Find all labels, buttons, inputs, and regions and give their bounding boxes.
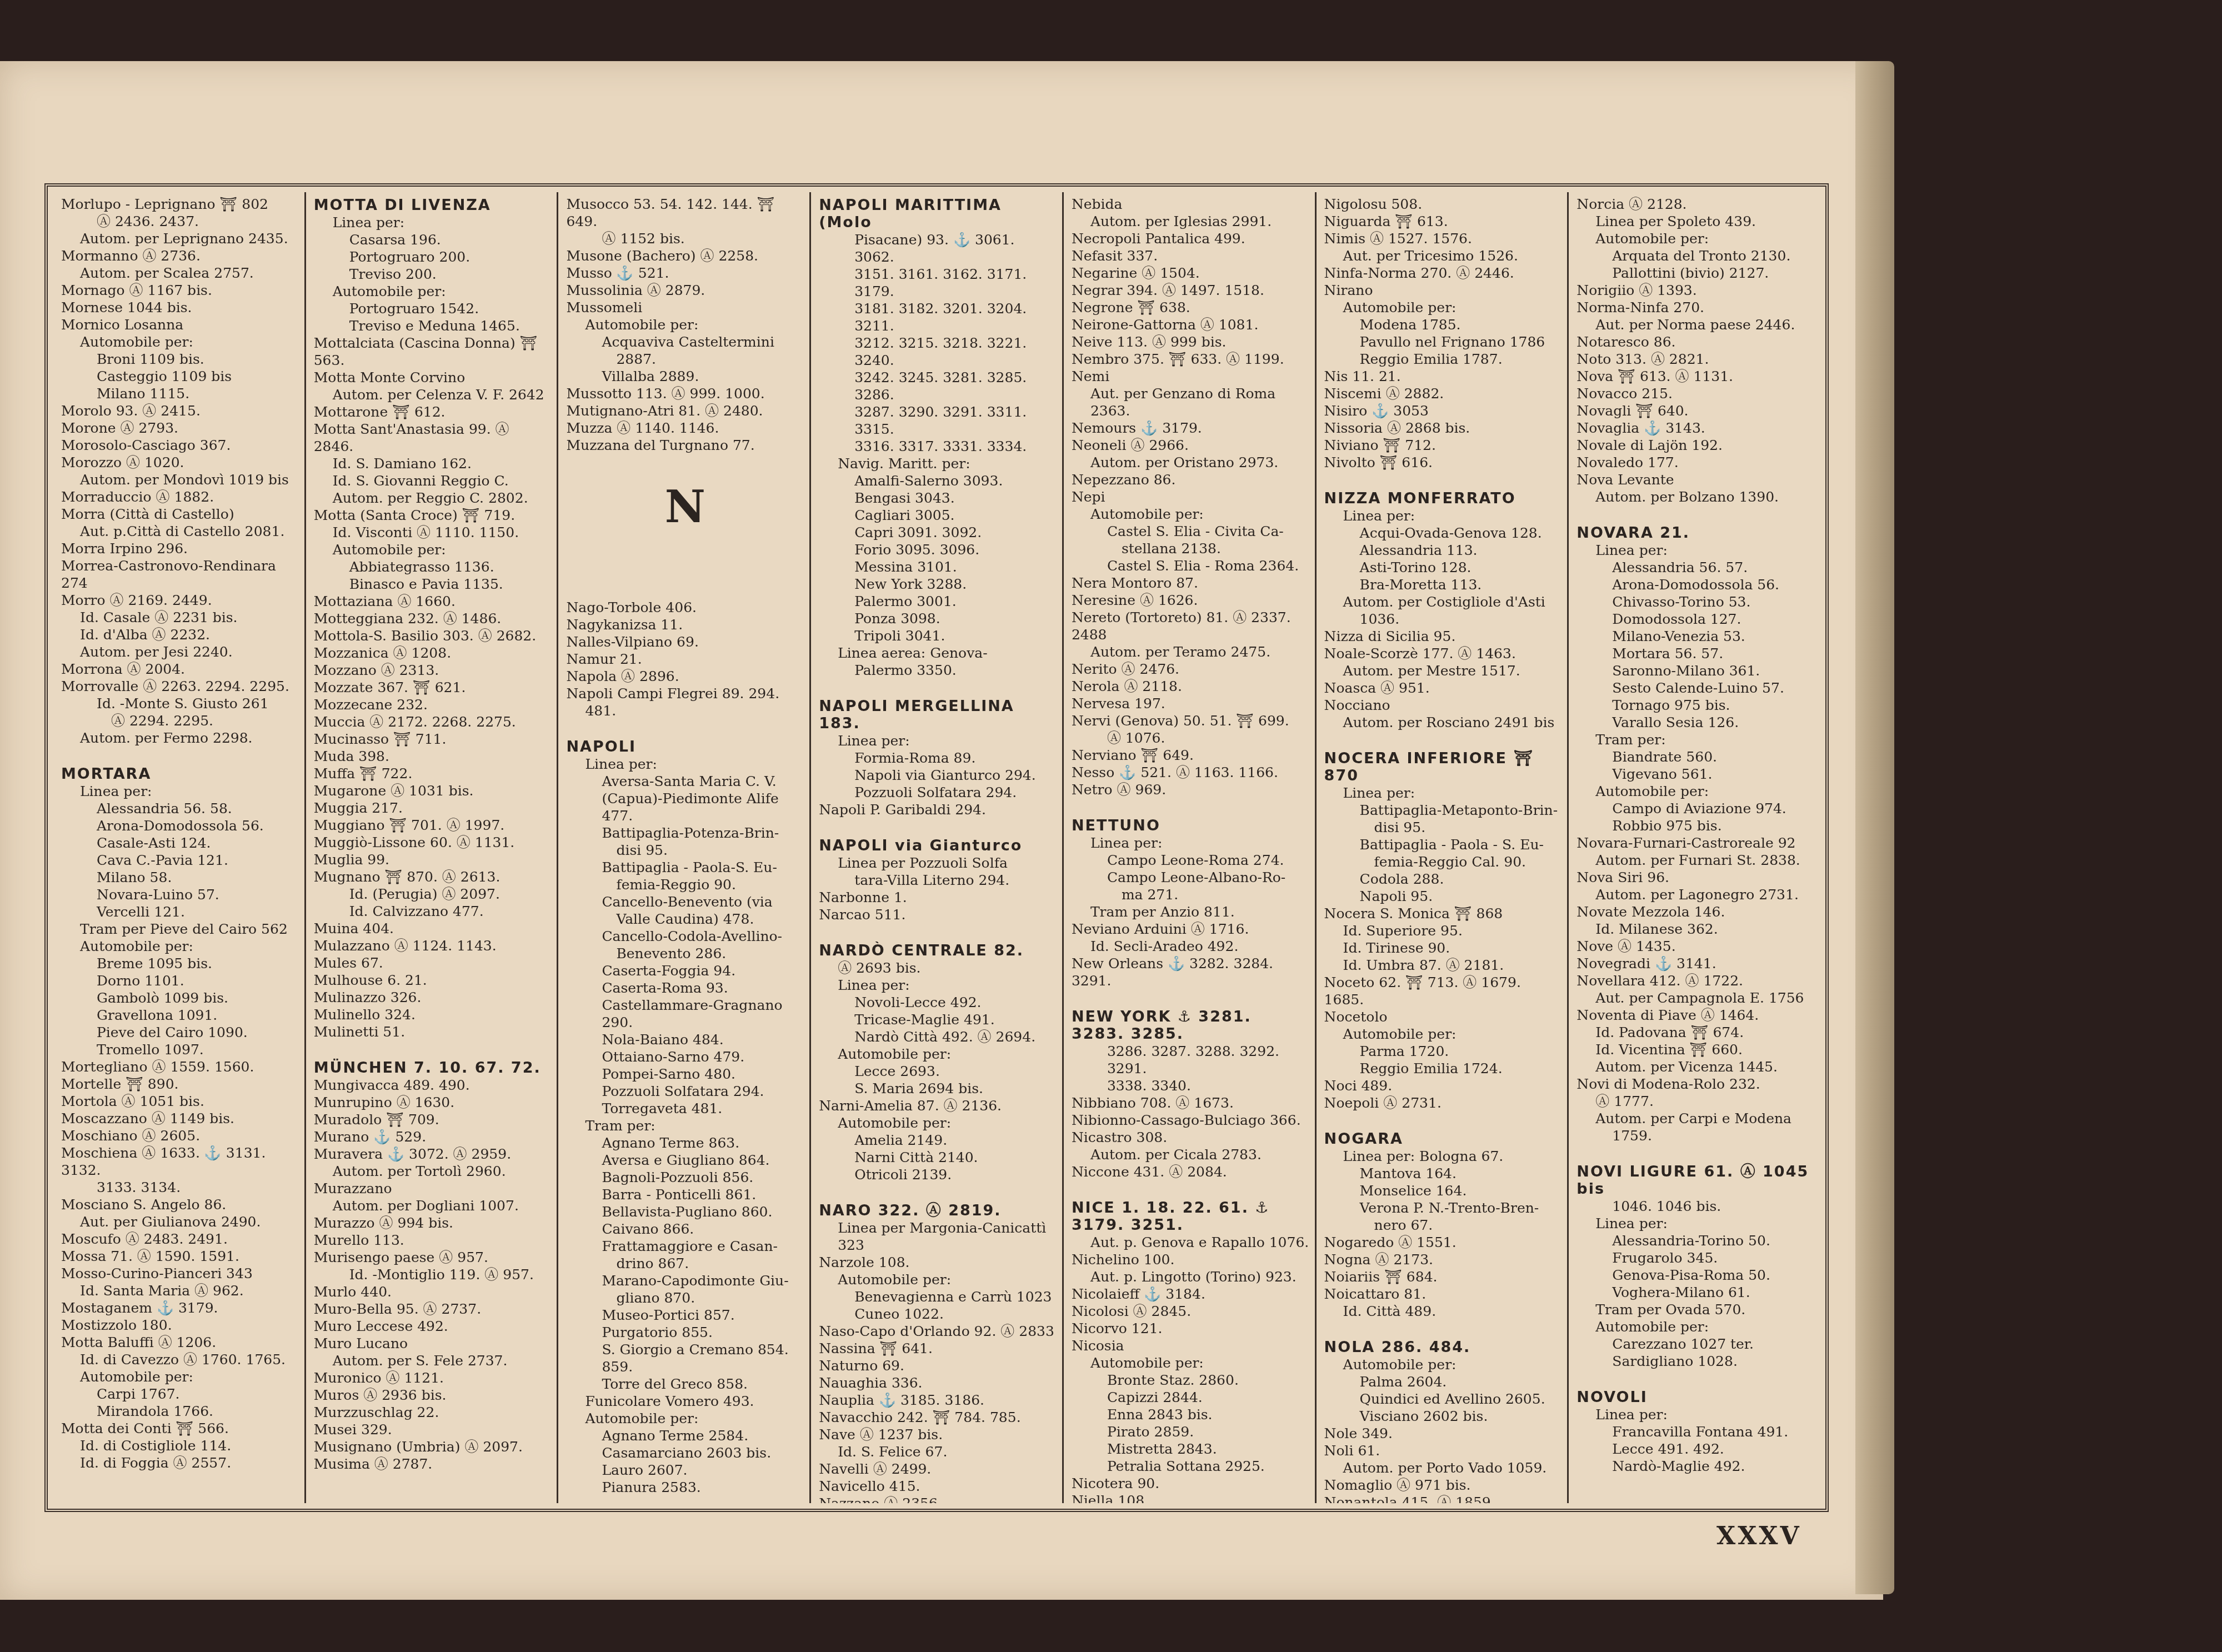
index-entry: Vigevano 561. bbox=[1577, 765, 1814, 783]
index-entry: Navicello 415. bbox=[819, 1478, 1057, 1495]
index-entry: Cagliari 3005. bbox=[819, 507, 1057, 524]
index-entry: Murisengo paese Ⓐ 957. bbox=[314, 1249, 552, 1266]
index-entry: Lecce 491. 492. bbox=[1577, 1440, 1814, 1458]
index-entry: Lecce 2693. bbox=[819, 1063, 1057, 1080]
section-heading: MÜNCHEN 7. 10. 67. 72. bbox=[314, 1059, 552, 1077]
index-entry: Mortelle ⛩ 890. bbox=[61, 1075, 299, 1093]
index-table-frame: Morlupo - Leprignano ⛩ 802Ⓐ 2436. 2437.A… bbox=[44, 183, 1829, 1512]
index-entry: Treviso 200. bbox=[314, 266, 552, 283]
index-entry: S. Maria 2694 bis. bbox=[819, 1080, 1057, 1097]
index-entry: 1036. bbox=[1324, 610, 1562, 628]
index-entry: Nagykanizsa 11. bbox=[566, 616, 804, 633]
index-entry: Nibbiano 708. Ⓐ 1673. bbox=[1072, 1094, 1309, 1112]
index-entry: Narni Città 2140. bbox=[819, 1149, 1057, 1166]
index-entry: Netro Ⓐ 969. bbox=[1072, 781, 1309, 798]
index-entry: Linea per: bbox=[61, 783, 299, 800]
index-entry: Nago-Torbole 406. bbox=[566, 599, 804, 616]
index-entry: Autom. per Mestre 1517. bbox=[1324, 662, 1562, 679]
index-entry: Mussomeli bbox=[566, 299, 804, 316]
section-heading: NAPOLI via Gianturco bbox=[819, 837, 1057, 854]
index-entry: Autom. per Fermo 2298. bbox=[61, 729, 299, 747]
index-entry: Nova Levante bbox=[1577, 471, 1814, 488]
index-entry: Id. Padovana ⛩ 674. bbox=[1577, 1024, 1814, 1041]
index-entry: Muggia 217. bbox=[314, 799, 552, 817]
index-entry: Motta Monte Corvino bbox=[314, 369, 552, 386]
index-entry: Portogruaro 200. bbox=[314, 248, 552, 266]
index-entry: Nova ⛩ 613. Ⓐ 1131. bbox=[1577, 368, 1814, 385]
index-entry: Valle Caudina) 478. bbox=[566, 910, 804, 928]
section-heading: NARO 322. Ⓐ 2819. bbox=[819, 1202, 1057, 1219]
index-entry: Morrona Ⓐ 2004. bbox=[61, 660, 299, 678]
index-entry: Nicastro 308. bbox=[1072, 1129, 1309, 1146]
index-entry: Nembro 375. ⛩ 633. Ⓐ 1199. bbox=[1072, 351, 1309, 368]
index-entry: Automobile per: bbox=[1577, 230, 1814, 247]
index-entry: Autom. per Leprignano 2435. bbox=[61, 230, 299, 247]
index-entry: Bengasi 3043. bbox=[819, 489, 1057, 507]
index-entry: Id. d'Alba Ⓐ 2232. bbox=[61, 626, 299, 643]
index-entry: Nemi bbox=[1072, 368, 1309, 385]
index-entry: Mulinazzo 326. bbox=[314, 989, 552, 1006]
index-entry: Neresine Ⓐ 1626. bbox=[1072, 592, 1309, 609]
index-entry: Biandrate 560. bbox=[1577, 748, 1814, 765]
index-entry: Benevento 286. bbox=[566, 945, 804, 962]
index-entry: Narzole 108. bbox=[819, 1254, 1057, 1271]
index-entry: Dorno 1101. bbox=[61, 972, 299, 989]
book-page: Morlupo - Leprignano ⛩ 802Ⓐ 2436. 2437.A… bbox=[0, 61, 1883, 1600]
index-entry: Casamarciano 2603 bis. bbox=[566, 1444, 804, 1461]
index-entry: Bronte Staz. 2860. bbox=[1072, 1371, 1309, 1389]
index-entry: Nola-Baiano 484. bbox=[566, 1031, 804, 1048]
index-entry: Mantova 164. bbox=[1324, 1165, 1562, 1182]
index-entry: Alessandria 113. bbox=[1324, 542, 1562, 559]
index-entry: Muro Leccese 492. bbox=[314, 1318, 552, 1335]
index-entry: Ⓐ 1076. bbox=[1072, 729, 1309, 747]
index-entry: Negrar 394. Ⓐ 1497. 1518. bbox=[1072, 282, 1309, 299]
index-entry: Morlupo - Leprignano ⛩ 802 bbox=[61, 196, 299, 213]
index-entry: Muradolo ⛩ 709. bbox=[314, 1111, 552, 1128]
index-column-4: NAPOLI MARITTIMA (MoloPisacane) 93. ⚓ 30… bbox=[811, 192, 1064, 1503]
index-entry: Murazzano bbox=[314, 1180, 552, 1197]
index-entry: Moscufo Ⓐ 2483. 2491. bbox=[61, 1230, 299, 1248]
index-entry: Campo Leone-Roma 274. bbox=[1072, 852, 1309, 869]
index-entry: Nogaredo Ⓐ 1551. bbox=[1324, 1234, 1562, 1251]
index-entry: Mossa 71. Ⓐ 1590. 1591. bbox=[61, 1248, 299, 1265]
index-entry: Id. Superiore 95. bbox=[1324, 922, 1562, 939]
index-entry: Automobile per: bbox=[819, 1114, 1057, 1132]
index-entry: Nepezzano 86. bbox=[1072, 471, 1309, 488]
index-entry: Muronico Ⓐ 1121. bbox=[314, 1369, 552, 1386]
index-entry: Id. S. Felice 67. bbox=[819, 1443, 1057, 1460]
index-entry: Nivolto ⛩ 616. bbox=[1324, 454, 1562, 471]
section-heading: NIZZA MONFERRATO bbox=[1324, 490, 1562, 507]
index-entry: Nisiro ⚓ 3053 bbox=[1324, 402, 1562, 419]
index-entry: Noale-Scorzè 177. Ⓐ 1463. bbox=[1324, 645, 1562, 662]
index-entry: Muzzana del Turgnano 77. bbox=[566, 437, 804, 454]
index-entry: Munrupino Ⓐ 1630. bbox=[314, 1094, 552, 1111]
section-heading: MORTARA bbox=[61, 765, 299, 783]
index-entry: Nigolosu 508. bbox=[1324, 196, 1562, 213]
index-entry: Mosso-Curino-Pianceri 343 bbox=[61, 1265, 299, 1282]
index-entry: Automobile per: bbox=[819, 1271, 1057, 1288]
index-entry: Parma 1720. bbox=[1324, 1043, 1562, 1060]
index-entry: Tram per Anzio 811. bbox=[1072, 903, 1309, 920]
index-entry: Id. -Montiglio 119. Ⓐ 957. bbox=[314, 1266, 552, 1283]
index-entry: Navelli Ⓐ 2499. bbox=[819, 1460, 1057, 1478]
index-entry: Aversa-Santa Maria C. V. bbox=[566, 773, 804, 790]
index-entry: Niscemi Ⓐ 2882. bbox=[1324, 385, 1562, 402]
index-entry: Alessandria-Torino 50. bbox=[1577, 1232, 1814, 1249]
index-entry: Saronno-Milano 361. bbox=[1577, 662, 1814, 679]
index-entry: Nove Ⓐ 1435. bbox=[1577, 938, 1814, 955]
index-entry: Morozzo Ⓐ 1020. bbox=[61, 454, 299, 471]
index-entry: Nicotera 90. bbox=[1072, 1475, 1309, 1492]
index-entry: Automobile per: bbox=[61, 938, 299, 955]
index-entry: Nis 11. 21. bbox=[1324, 368, 1562, 385]
index-entry: 3242. 3245. 3281. 3285. 3286. bbox=[819, 369, 1057, 403]
index-entry: Varallo Sesia 126. bbox=[1577, 714, 1814, 731]
index-entry: Muro Lucano bbox=[314, 1335, 552, 1352]
index-entry: Norcia Ⓐ 2128. bbox=[1577, 196, 1814, 213]
index-entry: Agnano Terme 2584. bbox=[566, 1427, 804, 1444]
index-entry: Ninfa-Norma 270. Ⓐ 2446. bbox=[1324, 264, 1562, 282]
index-entry: Robbio 975 bis. bbox=[1577, 817, 1814, 834]
index-entry: Novate Mezzola 146. bbox=[1577, 903, 1814, 920]
index-entry: Automobile per: bbox=[314, 283, 552, 300]
index-entry: Linea aerea: Genova- bbox=[819, 644, 1057, 662]
index-entry: Linea per: bbox=[1577, 542, 1814, 559]
index-entry: Morosolo-Casciago 367. bbox=[61, 437, 299, 454]
index-entry: Aut. per Giulianova 2490. bbox=[61, 1213, 299, 1230]
index-entry: Morro Ⓐ 2169. 2449. bbox=[61, 592, 299, 609]
index-entry: Autom. per Furnari St. 2838. bbox=[1577, 852, 1814, 869]
index-entry: Aut. p. Genova e Rapallo 1076. bbox=[1072, 1234, 1309, 1251]
index-entry: Milano-Venezia 53. bbox=[1577, 628, 1814, 645]
index-entry: Mottarone ⛩ 612. bbox=[314, 403, 552, 420]
index-entry: Ⓐ 2436. 2437. bbox=[61, 213, 299, 230]
index-entry: Muro-Bella 95. Ⓐ 2737. bbox=[314, 1300, 552, 1318]
index-entry: Ponza 3098. bbox=[819, 610, 1057, 627]
index-entry: Nizza di Sicilia 95. bbox=[1324, 628, 1562, 645]
index-entry: Nepi bbox=[1072, 488, 1309, 505]
index-entry: Otricoli 2139. bbox=[819, 1166, 1057, 1183]
index-entry: Mulazzano Ⓐ 1124. 1143. bbox=[314, 937, 552, 954]
index-entry: Palermo 3001. bbox=[819, 593, 1057, 610]
index-entry: Autom. per Costigliole d'Asti bbox=[1324, 593, 1562, 610]
index-entry: Automobile per: bbox=[566, 1410, 804, 1427]
index-entry: Monselice 164. bbox=[1324, 1182, 1562, 1199]
index-entry: Aut. per Campagnola E. 1756 bbox=[1577, 989, 1814, 1007]
index-entry: Mulhouse 6. 21. bbox=[314, 972, 552, 989]
index-entry: Chivasso-Torino 53. bbox=[1577, 593, 1814, 610]
index-entry: Nichelino 100. bbox=[1072, 1251, 1309, 1268]
index-entry: Autom. per Tortolì 2960. bbox=[314, 1163, 552, 1180]
index-entry: Torre del Greco 858. bbox=[566, 1375, 804, 1393]
index-entry: Mozzate 367. ⛩ 621. bbox=[314, 679, 552, 696]
index-entry: Linea per: bbox=[1324, 784, 1562, 802]
index-entry: Id. Santa Maria Ⓐ 962. bbox=[61, 1282, 299, 1299]
index-entry: Noceto 62. ⛩ 713. Ⓐ 1679. 1685. bbox=[1324, 974, 1562, 1008]
index-entry: Nicosia bbox=[1072, 1337, 1309, 1354]
index-column-6: Nigolosu 508.Niguarda ⛩ 613.Nimis Ⓐ 1527… bbox=[1317, 192, 1569, 1503]
index-entry: Mottola-S. Basilio 303. Ⓐ 2682. bbox=[314, 627, 552, 644]
index-entry: Mutignano-Atri 81. Ⓐ 2480. bbox=[566, 402, 804, 419]
index-entry: Muros Ⓐ 2936 bis. bbox=[314, 1386, 552, 1404]
index-entry: Cancello-Benevento (via bbox=[566, 893, 804, 910]
index-entry: Alessandria 56. 58. bbox=[61, 800, 299, 817]
index-entry: Id. Città 489. bbox=[1324, 1303, 1562, 1320]
index-entry: 2887. bbox=[566, 351, 804, 368]
index-entry: Muravera ⚓ 3072. Ⓐ 2959. bbox=[314, 1145, 552, 1163]
index-entry: Nauplia ⚓ 3185. 3186. bbox=[819, 1391, 1057, 1409]
index-entry: Pallottini (bivio) 2127. bbox=[1577, 264, 1814, 282]
index-entry: Pieve del Cairo 1090. bbox=[61, 1024, 299, 1041]
index-entry: Ⓐ 2294. 2295. bbox=[61, 712, 299, 729]
index-entry: Automobile per: bbox=[61, 1368, 299, 1385]
index-entry: Novara-Furnari-Castroreale 92 bbox=[1577, 834, 1814, 852]
index-entry: Linea per: bbox=[1577, 1406, 1814, 1423]
section-heading: NARDÒ CENTRALE 82. bbox=[819, 942, 1057, 959]
index-entry: Nimis Ⓐ 1527. 1576. bbox=[1324, 230, 1562, 247]
index-entry: Acqui-Ovada-Genova 128. bbox=[1324, 524, 1562, 542]
index-entry: Novegradi ⚓ 3141. bbox=[1577, 955, 1814, 972]
index-entry: Tripoli 3041. bbox=[819, 627, 1057, 644]
section-heading: MOTTA DI LIVENZA bbox=[314, 197, 552, 214]
index-entry: Reggio Emilia 1724. bbox=[1324, 1060, 1562, 1077]
index-entry: Musignano (Umbria) Ⓐ 2097. bbox=[314, 1438, 552, 1455]
index-entry: Muda 398. bbox=[314, 748, 552, 765]
index-entry: Nera Montoro 87. bbox=[1072, 574, 1309, 592]
index-entry: Nocciano bbox=[1324, 697, 1562, 714]
index-entry: Motta (Santa Croce) ⛩ 719. bbox=[314, 507, 552, 524]
index-entry: Niviano ⛩ 712. bbox=[1324, 437, 1562, 454]
index-entry: Pianura 2583. bbox=[566, 1479, 804, 1496]
index-entry: Noiariis ⛩ 684. bbox=[1324, 1268, 1562, 1285]
index-entry: Id. Milanese 362. bbox=[1577, 920, 1814, 938]
index-entry: Castel S. Elia - Roma 2364. bbox=[1072, 557, 1309, 574]
index-entry: Nardò Città 492. Ⓐ 2694. bbox=[819, 1028, 1057, 1045]
index-entry: Marano-Capodimonte Giu- bbox=[566, 1272, 804, 1289]
index-entry: Torregaveta 481. bbox=[566, 1100, 804, 1117]
index-entry: Ottaiano-Sarno 479. bbox=[566, 1048, 804, 1065]
index-entry: Muggiò-Lissone 60. Ⓐ 1131. bbox=[314, 834, 552, 851]
index-entry: Cancello-Codola-Avellino- bbox=[566, 928, 804, 945]
index-entry: Niella 108. bbox=[1072, 1492, 1309, 1503]
index-entry: Novagli ⛩ 640. bbox=[1577, 402, 1814, 419]
section-heading: NAPOLI bbox=[566, 738, 804, 755]
index-entry: Pozzuoli Solfatara 294. bbox=[819, 784, 1057, 801]
index-entry: Nesso ⚓ 521. Ⓐ 1163. 1166. bbox=[1072, 764, 1309, 781]
index-entry: Tornago 975 bis. bbox=[1577, 697, 1814, 714]
index-entry: Automobile per: bbox=[314, 541, 552, 558]
index-entry: Treviso e Meduna 1465. bbox=[314, 317, 552, 334]
index-entry: Murano ⚓ 529. bbox=[314, 1128, 552, 1145]
index-entry: Novi di Modena-Rolo 232. bbox=[1577, 1075, 1814, 1093]
index-entry: Nave Ⓐ 1237 bis. bbox=[819, 1426, 1057, 1443]
index-entry: Musima Ⓐ 2787. bbox=[314, 1455, 552, 1473]
index-entry: Battipaglia - Paola-S. Eu- bbox=[566, 859, 804, 876]
index-entry: disi 95. bbox=[566, 842, 804, 859]
index-entry: Moschiena Ⓐ 1633. ⚓ 3131. 3132. bbox=[61, 1144, 299, 1179]
index-entry: Autom. per Mondovì 1019 bis bbox=[61, 471, 299, 488]
index-entry: Noli 61. bbox=[1324, 1442, 1562, 1459]
index-entry: Autom. per Vicenza 1445. bbox=[1577, 1058, 1814, 1075]
index-entry: Linea per Spoleto 439. bbox=[1577, 213, 1814, 230]
index-entry: Negrone ⛩ 638. bbox=[1072, 299, 1309, 316]
section-heading: N bbox=[566, 498, 804, 515]
index-entry: Casteggio 1109 bis bbox=[61, 368, 299, 385]
index-entry: Quindici ed Avellino 2605. bbox=[1324, 1390, 1562, 1408]
book-page-edges bbox=[1855, 61, 1894, 1594]
index-entry: Autom. per Scalea 2757. bbox=[61, 264, 299, 282]
index-entry: Mulinetti 51. bbox=[314, 1023, 552, 1040]
index-entry: Norma-Ninfa 270. bbox=[1577, 299, 1814, 316]
index-entry: Automobile per: bbox=[1324, 1025, 1562, 1043]
index-entry: Barra - Ponticelli 861. bbox=[566, 1186, 804, 1203]
index-entry: Nocetolo bbox=[1324, 1008, 1562, 1025]
index-entry: Muccia Ⓐ 2172. 2268. 2275. bbox=[314, 713, 552, 730]
index-entry: Mornico Losanna bbox=[61, 316, 299, 333]
index-entry: Mozzano Ⓐ 2313. bbox=[314, 662, 552, 679]
index-entry: Nauaghia 336. bbox=[819, 1374, 1057, 1391]
index-entry: Tram per: bbox=[566, 1117, 804, 1134]
index-entry: Formia-Roma 89. bbox=[819, 749, 1057, 767]
index-column-2: MOTTA DI LIVENZALinea per:Casarsa 196.Po… bbox=[306, 192, 559, 1503]
index-entry: Mugnano ⛩ 870. Ⓐ 2613. bbox=[314, 868, 552, 885]
index-entry: Murlo 440. bbox=[314, 1283, 552, 1300]
index-entry: gliano 870. bbox=[566, 1289, 804, 1306]
index-entry: Mostizzolo 180. bbox=[61, 1316, 299, 1334]
index-entry: Binasco e Pavia 1135. bbox=[314, 575, 552, 593]
index-entry: Campo di Aviazione 974. bbox=[1577, 800, 1814, 817]
index-entry: Aut. p. Lingotto (Torino) 923. bbox=[1072, 1268, 1309, 1285]
index-entry: Villalba 2889. bbox=[566, 368, 804, 385]
index-entry: Frattamaggiore e Casan- bbox=[566, 1238, 804, 1255]
index-entry: Linea per: bbox=[1072, 834, 1309, 852]
index-entry: Mussolinia Ⓐ 2879. bbox=[566, 282, 804, 299]
index-entry: Autom. per Rosciano 2491 bis bbox=[1324, 714, 1562, 731]
index-entry: Motta Baluffi Ⓐ 1206. bbox=[61, 1334, 299, 1351]
index-entry: Linea per: bbox=[1324, 507, 1562, 524]
index-entry: tara-Villa Literno 294. bbox=[819, 872, 1057, 889]
index-entry: Nonantola 415. Ⓐ 1859. bbox=[1324, 1494, 1562, 1503]
index-entry: Nerola Ⓐ 2118. bbox=[1072, 678, 1309, 695]
index-entry: Nomaglio Ⓐ 971 bis. bbox=[1324, 1476, 1562, 1494]
index-entry: Morrea-Castronovo-Rendinara 274 bbox=[61, 557, 299, 592]
index-entry: Notaresco 86. bbox=[1577, 333, 1814, 351]
index-entry: Autom. per Oristano 2973. bbox=[1072, 454, 1309, 471]
index-entry: Tram per Ovada 570. bbox=[1577, 1301, 1814, 1318]
index-entry: 1046. 1046 bis. bbox=[1577, 1198, 1814, 1215]
section-heading: NAPOLI MERGELLINA 183. bbox=[819, 698, 1057, 732]
index-entry: Autom. per Porto Vado 1059. bbox=[1324, 1459, 1562, 1476]
index-entry: Mortegliano Ⓐ 1559. 1560. bbox=[61, 1058, 299, 1075]
index-entry: Automobile per: bbox=[1577, 783, 1814, 800]
index-entry: Campo Leone-Albano-Ro- bbox=[1072, 869, 1309, 886]
index-entry: Id. S. Damiano 162. bbox=[314, 455, 552, 472]
index-entry: Neviano Arduini Ⓐ 1716. bbox=[1072, 920, 1309, 938]
index-entry: 3151. 3161. 3162. 3171. 3179. bbox=[819, 266, 1057, 300]
index-entry: Mistretta 2843. bbox=[1072, 1440, 1309, 1458]
index-entry: Voghera-Milano 61. bbox=[1577, 1284, 1814, 1301]
index-entry: Autom. per Lagonegro 2731. bbox=[1577, 886, 1814, 903]
index-entry: Naturno 69. bbox=[819, 1357, 1057, 1374]
index-entry: Mostaganem ⚓ 3179. bbox=[61, 1299, 299, 1316]
index-entry: Novale di Lajön 192. bbox=[1577, 437, 1814, 454]
index-entry: Capri 3091. 3092. bbox=[819, 524, 1057, 541]
index-entry: Mornese 1044 bis. bbox=[61, 299, 299, 316]
index-entry: Tromello 1097. bbox=[61, 1041, 299, 1058]
index-entry: Abbiategrasso 1136. bbox=[314, 558, 552, 575]
index-entry: Motteggiana 232. Ⓐ 1486. bbox=[314, 610, 552, 627]
index-entry: Nirano bbox=[1324, 282, 1562, 299]
index-entry: Amelia 2149. bbox=[819, 1132, 1057, 1149]
index-entry: Benevagienna e Carrù 1023 bbox=[819, 1288, 1057, 1305]
index-entry: Muggiano ⛩ 701. Ⓐ 1997. bbox=[314, 817, 552, 834]
section-heading: NOVI LIGURE 61. Ⓐ 1045 bis bbox=[1577, 1163, 1814, 1198]
index-entry: 3212. 3215. 3218. 3221. 3240. bbox=[819, 334, 1057, 369]
index-entry: Mules 67. bbox=[314, 954, 552, 972]
index-entry: Funicolare Vomero 493. bbox=[566, 1393, 804, 1410]
index-entry: Nogna Ⓐ 2173. bbox=[1324, 1251, 1562, 1268]
index-entry: Alessandria 56. 57. bbox=[1577, 559, 1814, 576]
index-entry: Mugarone Ⓐ 1031 bis. bbox=[314, 782, 552, 799]
index-entry: Musone (Bachero) Ⓐ 2258. bbox=[566, 247, 804, 264]
index-entry: Napoli via Gianturco 294. bbox=[819, 767, 1057, 784]
index-entry: Nazzano Ⓐ 2356. bbox=[819, 1495, 1057, 1503]
index-entry: Id. di Cavezzo Ⓐ 1760. 1765. bbox=[61, 1351, 299, 1368]
index-entry: Caivano 866. bbox=[566, 1220, 804, 1238]
index-entry: Namur 21. bbox=[566, 650, 804, 668]
index-entry: Linea per: Bologna 67. bbox=[1324, 1148, 1562, 1165]
index-entry: Automobile per: bbox=[1577, 1318, 1814, 1335]
index-column-1: Morlupo - Leprignano ⛩ 802Ⓐ 2436. 2437.A… bbox=[53, 192, 306, 1503]
index-entry: Noepoli Ⓐ 2731. bbox=[1324, 1094, 1562, 1112]
index-entry: Motta dei Conti ⛩ 566. bbox=[61, 1420, 299, 1437]
index-entry: Autom. per Reggio C. 2802. bbox=[314, 489, 552, 507]
index-entry: 3316. 3317. 3331. 3334. bbox=[819, 438, 1057, 455]
index-entry: Messina 3101. bbox=[819, 558, 1057, 575]
index-entry: Muzza Ⓐ 1140. 1146. bbox=[566, 419, 804, 437]
index-entry: Automobile per: bbox=[819, 1045, 1057, 1063]
index-entry: Neoneli Ⓐ 2966. bbox=[1072, 437, 1309, 454]
index-entry: Autom. per Bolzano 1390. bbox=[1577, 488, 1814, 505]
index-entry: Ⓐ 2693 bis. bbox=[819, 959, 1057, 977]
index-entry: Battipaglia-Potenza-Brin- bbox=[566, 824, 804, 842]
index-entry: Agnano Terme 863. bbox=[566, 1134, 804, 1152]
index-entry: 3286. 3287. 3288. 3292. 3291. bbox=[1072, 1043, 1309, 1077]
index-entry: Mozzecane 232. bbox=[314, 696, 552, 713]
index-entry: Capizzi 2844. bbox=[1072, 1389, 1309, 1406]
index-entry: stellana 2138. bbox=[1072, 540, 1309, 557]
index-entry: Morone Ⓐ 2793. bbox=[61, 419, 299, 437]
index-entry: 1759. bbox=[1577, 1127, 1814, 1144]
index-entry: Mosciano S. Angelo 86. bbox=[61, 1196, 299, 1213]
index-entry: Id. Calvizzano 477. bbox=[314, 903, 552, 920]
index-entry: Novacco 215. bbox=[1577, 385, 1814, 402]
index-column-5: NebidaAutom. per Iglesias 2991.Necropoli… bbox=[1064, 192, 1317, 1503]
index-entry: Autom. per S. Fele 2737. bbox=[314, 1352, 552, 1369]
index-entry: Palermo 3350. bbox=[819, 662, 1057, 679]
index-entry: Francavilla Fontana 491. bbox=[1577, 1423, 1814, 1440]
index-entry: Morolo 93. Ⓐ 2415. bbox=[61, 402, 299, 419]
index-entry: Battipaglia - Paola - S. Eu- bbox=[1324, 836, 1562, 853]
index-entry: Gambolò 1099 bis. bbox=[61, 989, 299, 1007]
index-entry: Tram per Pieve del Cairo 562 bbox=[61, 920, 299, 938]
index-entry: Nicolaieff ⚓ 3184. bbox=[1072, 1285, 1309, 1303]
index-entry: Linea per: bbox=[1577, 1215, 1814, 1232]
index-entry: S. Giorgio a Cremano 854. 859. bbox=[566, 1341, 804, 1375]
index-entry: Caserta-Foggia 94. bbox=[566, 962, 804, 979]
